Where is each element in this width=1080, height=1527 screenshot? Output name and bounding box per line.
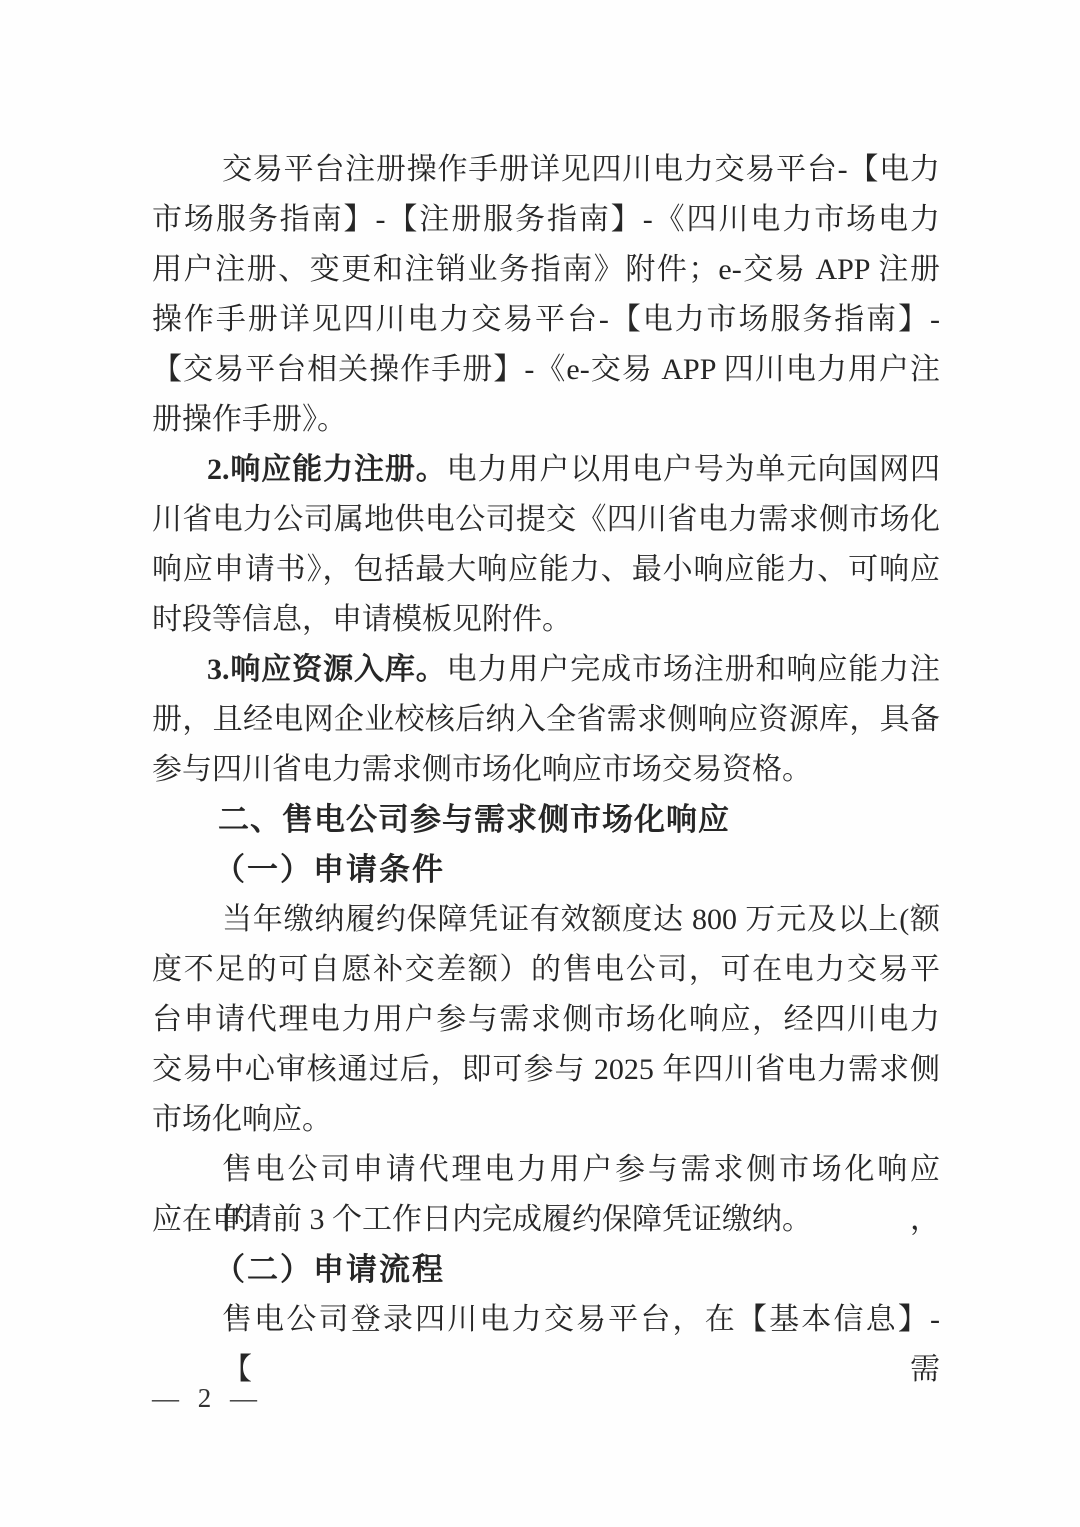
bold-text-run: 3.响应资源入库。 bbox=[207, 653, 447, 686]
paragraph-line: 册操作手册》。 bbox=[152, 395, 940, 445]
text-run: 应在申请前 3 个工作日内完成履约保障凭证缴纳。 bbox=[152, 1203, 812, 1236]
text-run: 电力用户以用电户号为单元向国网四 bbox=[447, 453, 940, 486]
text-run: 售电公司登录四川电力交易平台，在【基本信息】-【需 bbox=[222, 1303, 940, 1386]
text-run: 时段等信息，申请模板见附件。 bbox=[152, 603, 572, 636]
sub-heading: （二）申请流程 bbox=[152, 1245, 940, 1295]
text-run: 川省电力公司属地供电公司提交《四川省电力需求侧市场化 bbox=[152, 503, 940, 536]
text-run: 【交易平台相关操作手册】-《e-交易 APP 四川电力用户注 bbox=[152, 353, 940, 386]
paragraph-line: 用户注册、变更和注销业务指南》附件；e-交易 APP 注册 bbox=[152, 245, 940, 295]
paragraph-line: 时段等信息，申请模板见附件。 bbox=[152, 595, 940, 645]
paragraph-line: 度不足的可自愿补交差额）的售电公司，可在电力交易平 bbox=[152, 945, 940, 995]
bold-text-run: 2.响应能力注册。 bbox=[207, 453, 447, 486]
sub-heading: （一）申请条件 bbox=[152, 845, 940, 895]
paragraph-line: 台申请代理电力用户参与需求侧市场化响应，经四川电力 bbox=[152, 995, 940, 1045]
paragraph-line: 市场化响应。 bbox=[152, 1095, 940, 1145]
bold-text-run: （二）申请流程 bbox=[214, 1252, 445, 1287]
paragraph-line: 操作手册详见四川电力交易平台-【电力市场服务指南】- bbox=[152, 295, 940, 345]
paragraph-line: 参与四川省电力需求侧市场化响应市场交易资格。 bbox=[152, 745, 940, 795]
text-run: 操作手册详见四川电力交易平台-【电力市场服务指南】- bbox=[152, 303, 940, 336]
bold-text-run: （一）申请条件 bbox=[214, 852, 445, 887]
text-run: 交易平台注册操作手册详见四川电力交易平台-【电力 bbox=[222, 153, 940, 186]
paragraph-line: 售电公司申请代理电力用户参与需求侧市场化响应的， bbox=[152, 1145, 940, 1195]
paragraph-line: 2.响应能力注册。电力用户以用电户号为单元向国网四 bbox=[152, 445, 940, 495]
bold-text-run: 二、售电公司参与需求侧市场化响应 bbox=[218, 802, 730, 837]
page-number: — 2 — bbox=[152, 1373, 263, 1423]
paragraph-line: 市场服务指南】-【注册服务指南】-《四川电力市场电力 bbox=[152, 195, 940, 245]
text-run: 市场服务指南】-【注册服务指南】-《四川电力市场电力 bbox=[152, 203, 940, 236]
text-run: 度不足的可自愿补交差额）的售电公司，可在电力交易平 bbox=[152, 953, 940, 986]
text-run: 册，且经电网企业校核后纳入全省需求侧响应资源库，具备 bbox=[152, 703, 940, 736]
paragraph-line: 3.响应资源入库。电力用户完成市场注册和响应能力注 bbox=[152, 645, 940, 695]
section-heading: 二、售电公司参与需求侧市场化响应 bbox=[152, 795, 940, 845]
paragraph-line: 交易平台注册操作手册详见四川电力交易平台-【电力 bbox=[152, 145, 940, 195]
paragraph-line: 售电公司登录四川电力交易平台，在【基本信息】-【需 bbox=[152, 1295, 940, 1345]
text-run: 参与四川省电力需求侧市场化响应市场交易资格。 bbox=[152, 753, 812, 786]
text-run: 响应申请书》，包括最大响应能力、最小响应能力、可响应 bbox=[152, 553, 940, 586]
paragraph-line: 交易中心审核通过后，即可参与 2025 年四川省电力需求侧 bbox=[152, 1045, 940, 1095]
text-run: 台申请代理电力用户参与需求侧市场化响应，经四川电力 bbox=[152, 1003, 940, 1036]
text-run: 交易中心审核通过后，即可参与 2025 年四川省电力需求侧 bbox=[152, 1053, 940, 1086]
paragraph-line: 册，且经电网企业校核后纳入全省需求侧响应资源库，具备 bbox=[152, 695, 940, 745]
document-page: 交易平台注册操作手册详见四川电力交易平台-【电力市场服务指南】-【注册服务指南】… bbox=[0, 0, 1080, 1527]
text-run: 当年缴纳履约保障凭证有效额度达 800 万元及以上(额 bbox=[222, 903, 940, 936]
paragraph-line: 川省电力公司属地供电公司提交《四川省电力需求侧市场化 bbox=[152, 495, 940, 545]
paragraph-line: 当年缴纳履约保障凭证有效额度达 800 万元及以上(额 bbox=[152, 895, 940, 945]
text-run: 用户注册、变更和注销业务指南》附件；e-交易 APP 注册 bbox=[152, 253, 940, 286]
text-run: 电力用户完成市场注册和响应能力注 bbox=[447, 653, 940, 686]
document-body: 交易平台注册操作手册详见四川电力交易平台-【电力市场服务指南】-【注册服务指南】… bbox=[152, 145, 940, 1345]
paragraph-line: 响应申请书》，包括最大响应能力、最小响应能力、可响应 bbox=[152, 545, 940, 595]
text-run: 市场化响应。 bbox=[152, 1103, 332, 1136]
text-run: 册操作手册》。 bbox=[152, 403, 347, 436]
paragraph-line: 【交易平台相关操作手册】-《e-交易 APP 四川电力用户注 bbox=[152, 345, 940, 395]
